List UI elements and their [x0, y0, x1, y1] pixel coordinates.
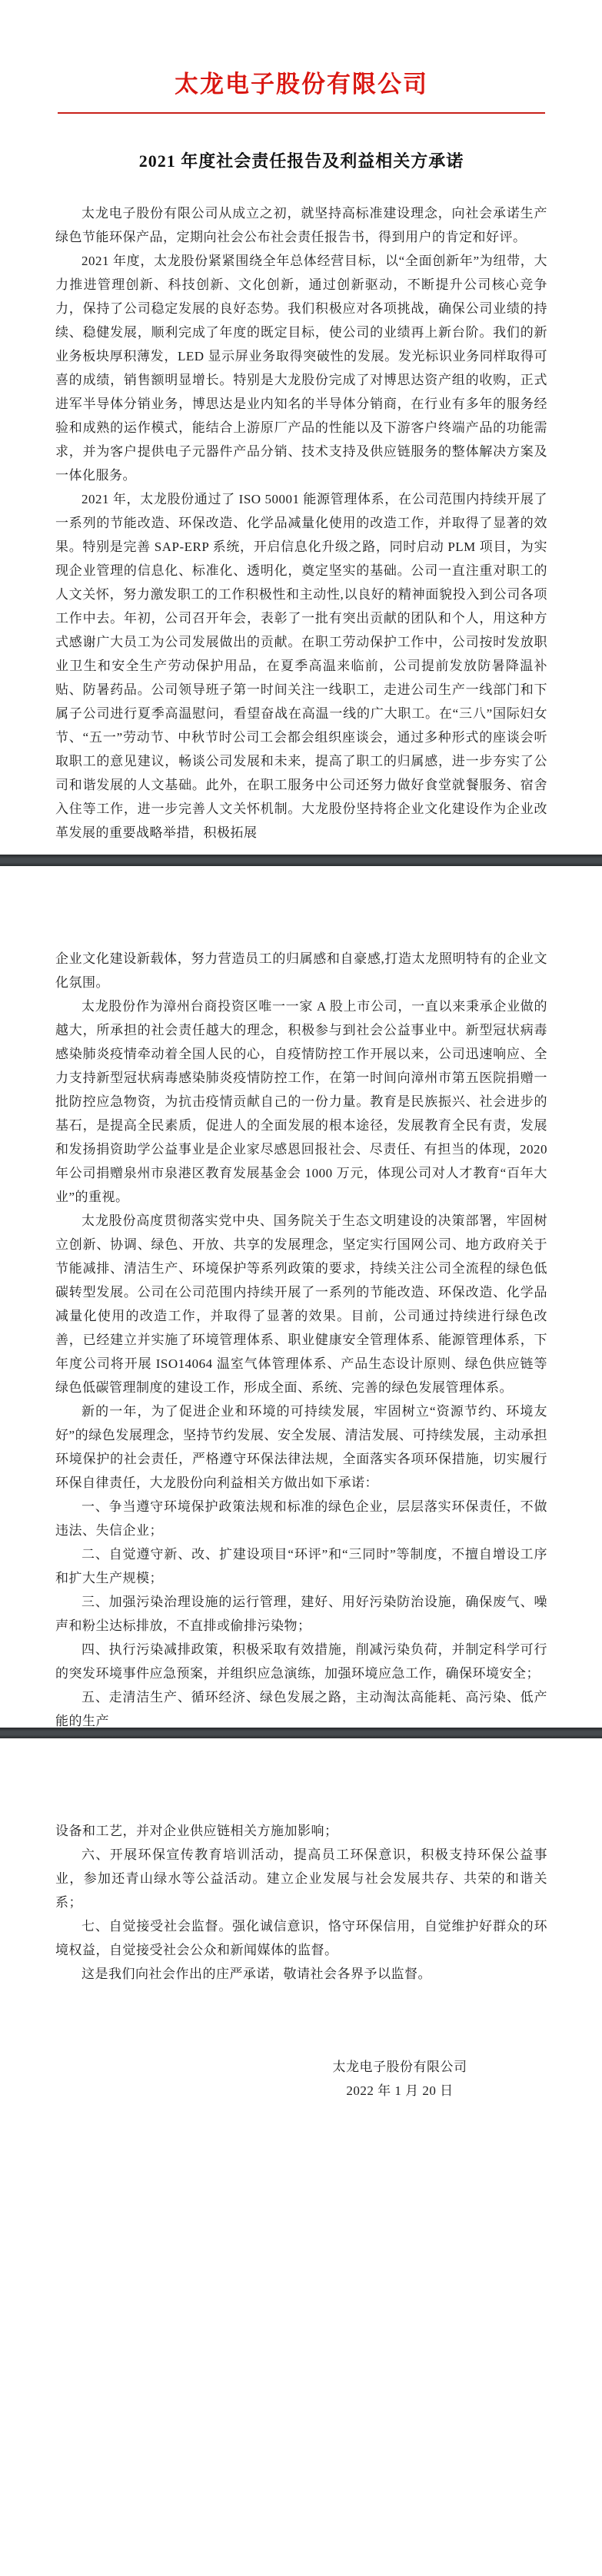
company-title: 太龙电子股份有限公司 — [55, 0, 547, 103]
paragraph: 一、争当遵守环境保护政策法规和标准的绿色企业，层层落实环保责任，不做违法、失信企… — [55, 1495, 547, 1542]
paragraph: 2021 年，太龙股份通过了 ISO 50001 能源管理体系，在公司范围内持续… — [55, 487, 547, 845]
paragraph: 四、执行污染减排政策，积极采取有效措施，削减污染负荷，并制定科学可行的突发环境事… — [55, 1638, 547, 1685]
paragraph: 六、开展环保宣传教育培训活动，提高员工环保意识，积极支持环保公益事业，参加还青山… — [55, 1843, 547, 1914]
paragraph: 五、走清洁生产、循环经济、绿色发展之路，主动淘汰高能耗、高污染、低产能的生产 — [55, 1685, 547, 1733]
report-subtitle: 2021 年度社会责任报告及利益相关方承诺 — [55, 149, 547, 174]
page-separator — [0, 855, 602, 866]
page-1-content: 太龙电子股份有限公司从成立之初，就坚持高标准建设理念，向社会承诺生产绿色节能环保… — [55, 201, 547, 845]
paragraph: 这是我们向社会作出的庄严承诺，敬请社会各界予以监督。 — [55, 1962, 547, 1986]
paragraph: 太龙股份高度贯彻落实党中央、国务院关于生态文明建设的决策部署，牢固树立创新、协调… — [55, 1209, 547, 1399]
page-3-content: 设备和工艺，并对企业供应链相关方施加影响；六、开展环保宣传教育培训活动，提高员工… — [55, 1819, 547, 1986]
signature-company: 太龙电子股份有限公司 — [326, 2055, 474, 2079]
paragraph: 三、加强污染治理设施的运行管理，建好、用好污染防治设施，确保废气、噪声和粉尘达标… — [55, 1590, 547, 1638]
paragraph: 新的一年，为了促进企业和环境的可持续发展，牢固树立“资源节约、环境友好”的绿色发… — [55, 1399, 547, 1495]
page-2-content: 企业文化建设新载体，努力营造员工的归属感和自豪感,打造太龙照明特有的企业文化氛围… — [55, 947, 547, 1733]
document-page-2: 企业文化建设新载体，努力营造员工的归属感和自豪感,打造太龙照明特有的企业文化氛围… — [0, 866, 602, 1728]
paragraph: 2021 年度，太龙股份紧紧围绕全年总体经营目标，以“全面创新年”为纽带，大力推… — [55, 249, 547, 487]
signature-date: 2022 年 1 月 20 日 — [326, 2079, 474, 2103]
paragraph: 七、自觉接受社会监督。强化诚信意识，恪守环保信用，自觉维护好群众的环境权益，自觉… — [55, 1914, 547, 1962]
paragraph: 二、自觉遵守新、改、扩建设项目“环评”和“三同时”等制度，不擅自增设工序和扩大生… — [55, 1542, 547, 1590]
title-rule — [58, 112, 545, 114]
paragraph: 设备和工艺，并对企业供应链相关方施加影响； — [55, 1819, 547, 1843]
paragraph: 太龙股份作为漳州台商投资区唯一一家 A 股上市公司，一直以来秉承企业做的越大，所… — [55, 994, 547, 1209]
document-page-1: 太龙电子股份有限公司 2021 年度社会责任报告及利益相关方承诺 太龙电子股份有… — [0, 0, 602, 855]
document-page-3: 设备和工艺，并对企业供应链相关方施加影响；六、开展环保宣传教育培训活动，提高员工… — [0, 1738, 602, 2576]
paragraph: 太龙电子股份有限公司从成立之初，就坚持高标准建设理念，向社会承诺生产绿色节能环保… — [55, 201, 547, 249]
document-viewer: 太龙电子股份有限公司 2021 年度社会责任报告及利益相关方承诺 太龙电子股份有… — [0, 0, 602, 2576]
paragraph: 企业文化建设新载体，努力营造员工的归属感和自豪感,打造太龙照明特有的企业文化氛围… — [55, 947, 547, 994]
signature-block: 太龙电子股份有限公司 2022 年 1 月 20 日 — [326, 2055, 474, 2103]
